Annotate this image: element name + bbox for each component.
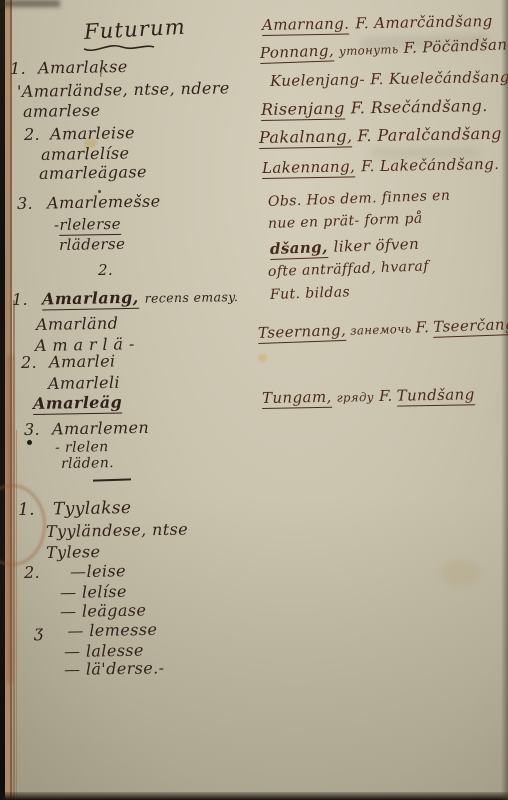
handwritten-word: Amarlei bbox=[49, 351, 116, 371]
handwritten-word: Risenjang bbox=[261, 99, 345, 121]
handwritten-word: Tyyländese, ntse bbox=[46, 520, 188, 541]
handwritten-line-left: ʒ— lemesse bbox=[34, 620, 158, 641]
handwritten-word: 3. bbox=[17, 194, 33, 213]
handwritten-word: Lakennang, bbox=[262, 157, 356, 179]
handwritten-word: Obs. Hos dem. finnes en bbox=[268, 188, 451, 210]
fox-spot-3 bbox=[440, 560, 480, 586]
handwritten-line-left: Amarleli bbox=[48, 373, 120, 393]
handwritten-word: rläden. bbox=[61, 455, 114, 472]
handwritten-word: 3. bbox=[24, 420, 40, 439]
handwritten-word: nue en prät- form på bbox=[268, 211, 423, 232]
handwritten-line-right: Amarnang.F. Amarčändšang bbox=[262, 12, 493, 34]
handwritten-word: гряду bbox=[337, 390, 375, 405]
handwritten-line-right: Fut. bildas bbox=[270, 284, 351, 303]
handwritten-line-left: 'Amarländse, ntse, ndere bbox=[17, 78, 230, 101]
handwritten-line-left: — lelíse bbox=[60, 582, 127, 602]
handwritten-word: Amarleäg bbox=[33, 392, 123, 415]
handwritten-word: liker öfven bbox=[333, 235, 419, 256]
handwritten-word: F. Paralčandšang bbox=[357, 124, 502, 146]
handwritten-word: 2. bbox=[24, 563, 40, 582]
handwritten-word: ofte anträffad, hvaraf bbox=[268, 258, 429, 280]
handwritten-line-left: 1.Tyylakse bbox=[18, 498, 132, 520]
handwritten-word: F. Amarčändšang bbox=[355, 12, 493, 32]
handwritten-line-left: Tylese bbox=[46, 542, 101, 562]
handwritten-word: amarlelíse bbox=[41, 143, 130, 164]
handwritten-word: — lä'derse.- bbox=[64, 658, 165, 679]
handwritten-word: 1. bbox=[12, 290, 28, 309]
handwritten-word: F. bbox=[415, 318, 429, 336]
handwritten-line-left: 3.Amarlemešse bbox=[17, 191, 161, 213]
handwritten-line-left: Amarleäg bbox=[33, 392, 122, 413]
handwritten-line-right: Obs. Hos dem. finnes en bbox=[268, 188, 451, 210]
handwritten-word: F. Pöčändšang. bbox=[403, 35, 508, 57]
handwritten-word: dšang, bbox=[270, 238, 328, 260]
handwritten-word: 'Amarländse, ntse, ndere bbox=[17, 78, 230, 101]
handwritten-line-left: rläderse bbox=[59, 235, 126, 254]
right-edge-shadow bbox=[501, 0, 508, 800]
handwritten-line-left: 1.Amarlang,recens emasy. bbox=[12, 286, 239, 309]
handwritten-line-left: 2. bbox=[98, 261, 113, 279]
handwritten-word: Fut. bildas bbox=[270, 284, 351, 303]
handwritten-word: 1. bbox=[10, 59, 26, 78]
handwritten-line-left: 2.—leise bbox=[24, 561, 126, 582]
handwritten-line-right: dšang,liker öfven bbox=[270, 235, 420, 258]
handwritten-word: Amarlemešse bbox=[47, 191, 161, 212]
ink-speck-1 bbox=[27, 440, 32, 445]
handwritten-line-left: — leägase bbox=[60, 600, 147, 621]
handwritten-line-left: amarleägase bbox=[39, 162, 147, 183]
handwritten-word: rläderse bbox=[59, 235, 126, 254]
handwritten-line-left: amarlelíse bbox=[41, 143, 130, 164]
handwritten-word: Tyylakse bbox=[53, 498, 132, 519]
handwritten-word: ʒ bbox=[34, 622, 44, 641]
handwritten-word: amarleägase bbox=[39, 162, 147, 183]
handwritten-line-right: Pakalnang,F. Paralčandšang bbox=[259, 124, 502, 147]
handwritten-line-right: Ponnang,утонутьF. Pöčändšang. bbox=[260, 35, 508, 62]
handwritten-line-right: Lakennang,F. Lakečándšang. bbox=[262, 155, 500, 177]
page-title: Futurum bbox=[83, 15, 186, 44]
handwritten-line-left: - rlelen bbox=[55, 439, 109, 456]
handwritten-word: Amarnang. bbox=[262, 14, 350, 36]
handwritten-word: 2. bbox=[24, 125, 40, 144]
handwritten-word: Amarleli bbox=[48, 373, 120, 393]
red-streak-stain bbox=[7, 355, 13, 685]
handwritten-word: —leise bbox=[70, 561, 126, 581]
fox-spot-2 bbox=[258, 354, 267, 362]
handwritten-word: F. Lakečándšang. bbox=[361, 155, 499, 175]
handwritten-line-right: Kuelenjang- F. Kuelečándšang. bbox=[270, 68, 508, 90]
handwritten-line-left: 1.Amarlakse bbox=[10, 57, 128, 78]
handwritten-word: recens emasy. bbox=[145, 289, 239, 306]
handwritten-word: Ponnang, bbox=[260, 41, 335, 64]
handwritten-word: amarlese bbox=[23, 101, 101, 121]
handwritten-line-left: rläden. bbox=[61, 455, 114, 472]
handwritten-word: Amarlang, bbox=[42, 288, 139, 311]
handwritten-word: Amarlemen bbox=[52, 418, 149, 439]
handwritten-word: 1. bbox=[18, 500, 35, 520]
handwritten-word: F. bbox=[379, 387, 393, 405]
handwritten-word: Amarlakse bbox=[38, 57, 128, 78]
handwritten-word: Amarländ bbox=[36, 314, 119, 334]
handwritten-line-left: Amarländ bbox=[36, 314, 119, 334]
handwritten-word: rlelerse bbox=[59, 215, 121, 236]
handwritten-word: Tungam, bbox=[262, 388, 332, 409]
handwritten-word: - rlelen bbox=[55, 439, 109, 456]
top-edge-smudge bbox=[0, 0, 60, 7]
handwritten-line-left: amarlese bbox=[23, 101, 101, 121]
handwritten-line-right: ofte anträffad, hvaraf bbox=[268, 258, 429, 280]
handwritten-line-left: -rlelerse bbox=[54, 215, 121, 234]
handwritten-line-right: RisenjangF. Rsečándšang. bbox=[261, 96, 488, 119]
bottom-edge-shadow bbox=[0, 792, 508, 800]
handwritten-line-left: 2.Amarlei bbox=[21, 351, 116, 372]
manuscript-photo: Futurum ᵗ 1.Amarlakse'Amarländse, ntse, … bbox=[0, 0, 508, 800]
handwritten-word: — lelíse bbox=[60, 582, 127, 602]
handwritten-word: 2. bbox=[98, 261, 113, 279]
handwritten-line-right: nue en prät- form på bbox=[268, 211, 423, 232]
handwritten-line-right: Tungam,грядуF.Tundšang bbox=[262, 385, 475, 407]
handwritten-word: Amarleise bbox=[50, 123, 135, 143]
title-flourish bbox=[82, 42, 156, 54]
handwritten-line-left: 2.Amarleise bbox=[24, 123, 135, 144]
handwritten-line-left: 3.Amarlemen bbox=[24, 418, 149, 439]
handwritten-word: — lemesse bbox=[67, 620, 157, 641]
handwritten-word: занемочь bbox=[350, 322, 412, 338]
handwritten-word: F. Rsečándšang. bbox=[351, 96, 488, 117]
handwritten-word: 2. bbox=[21, 353, 37, 372]
handwritten-line-right: Tseernang,занемочьF.Tseerčang bbox=[258, 315, 508, 342]
handwritten-line-left: Tyyländese, ntse bbox=[46, 520, 188, 541]
handwritten-word: Tseerčang bbox=[433, 315, 508, 338]
handwritten-word: Tseernang, bbox=[258, 321, 347, 344]
handwritten-word: — leägase bbox=[60, 600, 147, 621]
handwritten-word: Kuelenjang- F. Kuelečándšang. bbox=[270, 68, 508, 90]
handwritten-word: Tylese bbox=[46, 542, 101, 562]
handwritten-word: утонуть bbox=[339, 42, 399, 58]
section-divider bbox=[93, 478, 131, 481]
handwritten-line-left: — lä'derse.- bbox=[64, 658, 165, 679]
handwritten-word: Tundšang bbox=[396, 385, 474, 406]
handwritten-word: Pakalnang, bbox=[259, 126, 353, 149]
